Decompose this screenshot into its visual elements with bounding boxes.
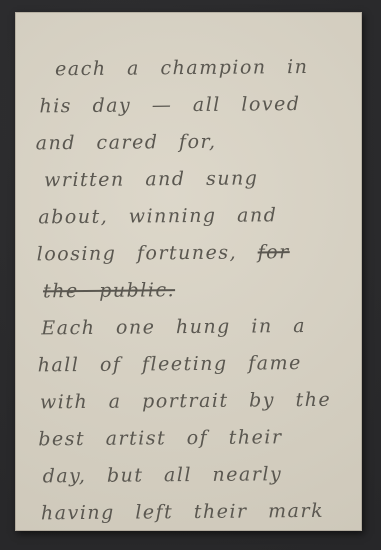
handwriting-text: about, winning and xyxy=(38,204,277,228)
handwriting-line: the public. xyxy=(37,271,350,311)
handwriting-line: his day — all loved xyxy=(35,86,348,126)
handwriting-line: hall of fleeting fame xyxy=(38,345,351,385)
handwriting-line: loosing fortunes, for xyxy=(37,234,350,274)
handwriting-text: having left their mark xyxy=(41,500,324,524)
handwriting-line: Each one hung in a xyxy=(37,308,350,348)
handwriting-text: hall of fleeting fame xyxy=(38,352,302,376)
handwriting-line: having left their mark xyxy=(39,493,352,533)
handwriting-text: best artist of their xyxy=(38,426,282,450)
handwriting-lines: each a champion inhis day — all lovedand… xyxy=(35,49,352,527)
struck-text: the public. xyxy=(43,279,175,302)
handwriting-text: Each one hung in a xyxy=(41,315,306,339)
handwriting-text: and cared for, xyxy=(36,131,217,155)
handwriting-text: his day — all loved xyxy=(39,93,300,117)
handwriting-text: written and sung xyxy=(44,167,259,191)
handwriting-line: and cared for, xyxy=(36,123,349,163)
handwriting-text: with a portrait by the xyxy=(40,389,331,414)
handwriting-line: best artist of their xyxy=(38,419,351,459)
handwriting-line: with a portrait by the xyxy=(38,382,351,422)
manuscript-paper: each a champion inhis day — all lovedand… xyxy=(15,12,362,531)
struck-text: for xyxy=(258,241,290,263)
handwriting-line: each a champion in xyxy=(35,49,348,89)
handwriting-text: day, but all nearly xyxy=(43,463,283,487)
handwriting-line: day, but all nearly xyxy=(38,456,351,496)
handwriting-line: about, winning and xyxy=(36,197,349,237)
photo-background: each a champion inhis day — all lovedand… xyxy=(0,0,381,550)
handwriting-text: loosing fortunes, xyxy=(37,241,258,265)
handwriting-line: written and sung xyxy=(36,160,349,200)
handwriting-text: each a champion in xyxy=(55,56,309,80)
